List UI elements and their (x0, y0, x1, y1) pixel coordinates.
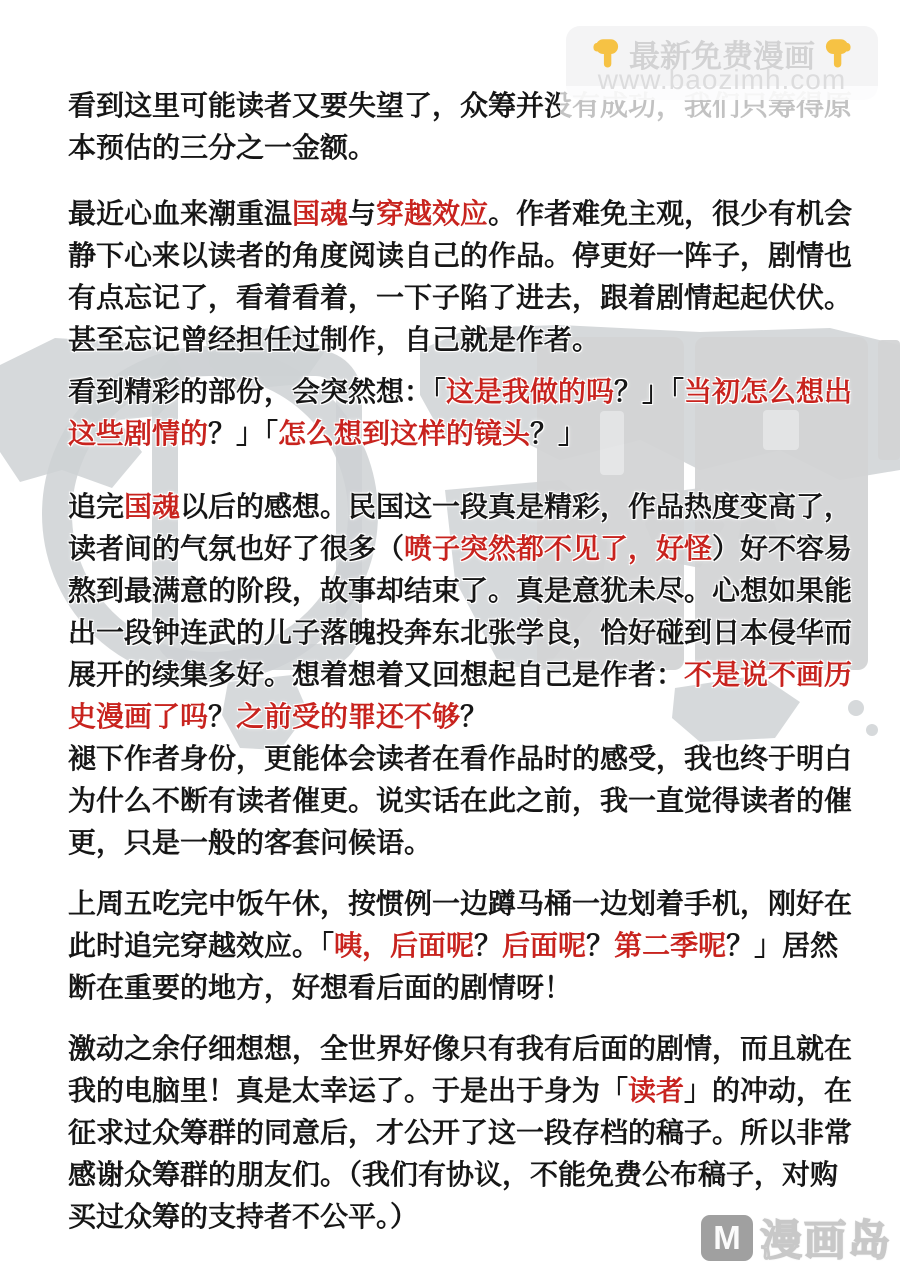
text-segment: ？」「 (614, 376, 684, 407)
text-segment: 穿越效应 (376, 198, 488, 229)
reader-logo: M 漫画岛 (701, 1208, 892, 1268)
text-segment: 之前受的罪还不够 (236, 701, 460, 732)
site-watermark-url: www.baozimh.com (566, 64, 878, 96)
text-segment: ？」「 (208, 418, 278, 449)
text-segment: 这是我做的吗 (446, 376, 614, 407)
text-segment: ？ (208, 701, 236, 732)
text-segment: 读者 (628, 1075, 684, 1106)
text-segment: ？ (460, 701, 488, 732)
reader-logo-label: 漫画岛 (760, 1208, 892, 1268)
text-segment: 与 (348, 198, 376, 229)
paragraph-5: 褪下作者身份，更能体会读者在看作品时的感受，我也终于明白为什么不断有读者催更。说… (68, 738, 860, 864)
text-segment: 国魂 (124, 491, 180, 522)
paragraph-7: 激动之余仔细想想，全世界好像只有我有后面的剧情，而且就在我的电脑里！真是太幸运了… (68, 1028, 860, 1238)
text-segment: ？」 (530, 418, 586, 449)
text-segment: ？ (586, 930, 614, 961)
text-segment: 怎么想到这样的镜头 (278, 418, 530, 449)
text-segment: 褪下作者身份，更能体会读者在看作品时的感受，我也终于明白为什么不断有读者催更。说… (68, 743, 852, 858)
comic-afterword-page: 看到这里可能读者又要失望了，众筹并没有成功，我们只筹得原本预估的三分之一金额。 … (0, 0, 900, 1273)
text-segment: 喷子突然都不见了，好怪 (404, 533, 712, 564)
text-segment: ？ (474, 930, 502, 961)
text-segment: 追完 (68, 491, 124, 522)
text-segment: 后面呢 (502, 930, 586, 961)
reader-logo-m-icon: M (701, 1215, 753, 1261)
paragraph-3: 看到精彩的部份，会突然想：「这是我做的吗？」「当初怎么想出这些剧情的？」「怎么想… (68, 371, 860, 455)
paragraph-6: 上周五吃完中饭午休，按惯例一边蹲马桶一边划着手机，刚好在此时追完穿越效应。「咦，… (68, 883, 860, 1009)
text-segment: 看到精彩的部份，会突然想：「 (68, 376, 446, 407)
paragraph-2: 最近心血来潮重温国魂与穿越效应。作者难免主观，很少有机会静下心来以读者的角度阅读… (68, 193, 860, 361)
paragraph-4: 追完国魂以后的感想。民国这一段真是精彩，作品热度变高了，读者间的气氛也好了很多（… (68, 486, 860, 738)
text-segment: 最近心血来潮重温 (68, 198, 292, 229)
text-segment: 咦，后面呢 (334, 930, 474, 961)
text-segment: 国魂 (292, 198, 348, 229)
background-block-edge (878, 340, 900, 460)
text-segment: 第二季呢 (614, 930, 726, 961)
